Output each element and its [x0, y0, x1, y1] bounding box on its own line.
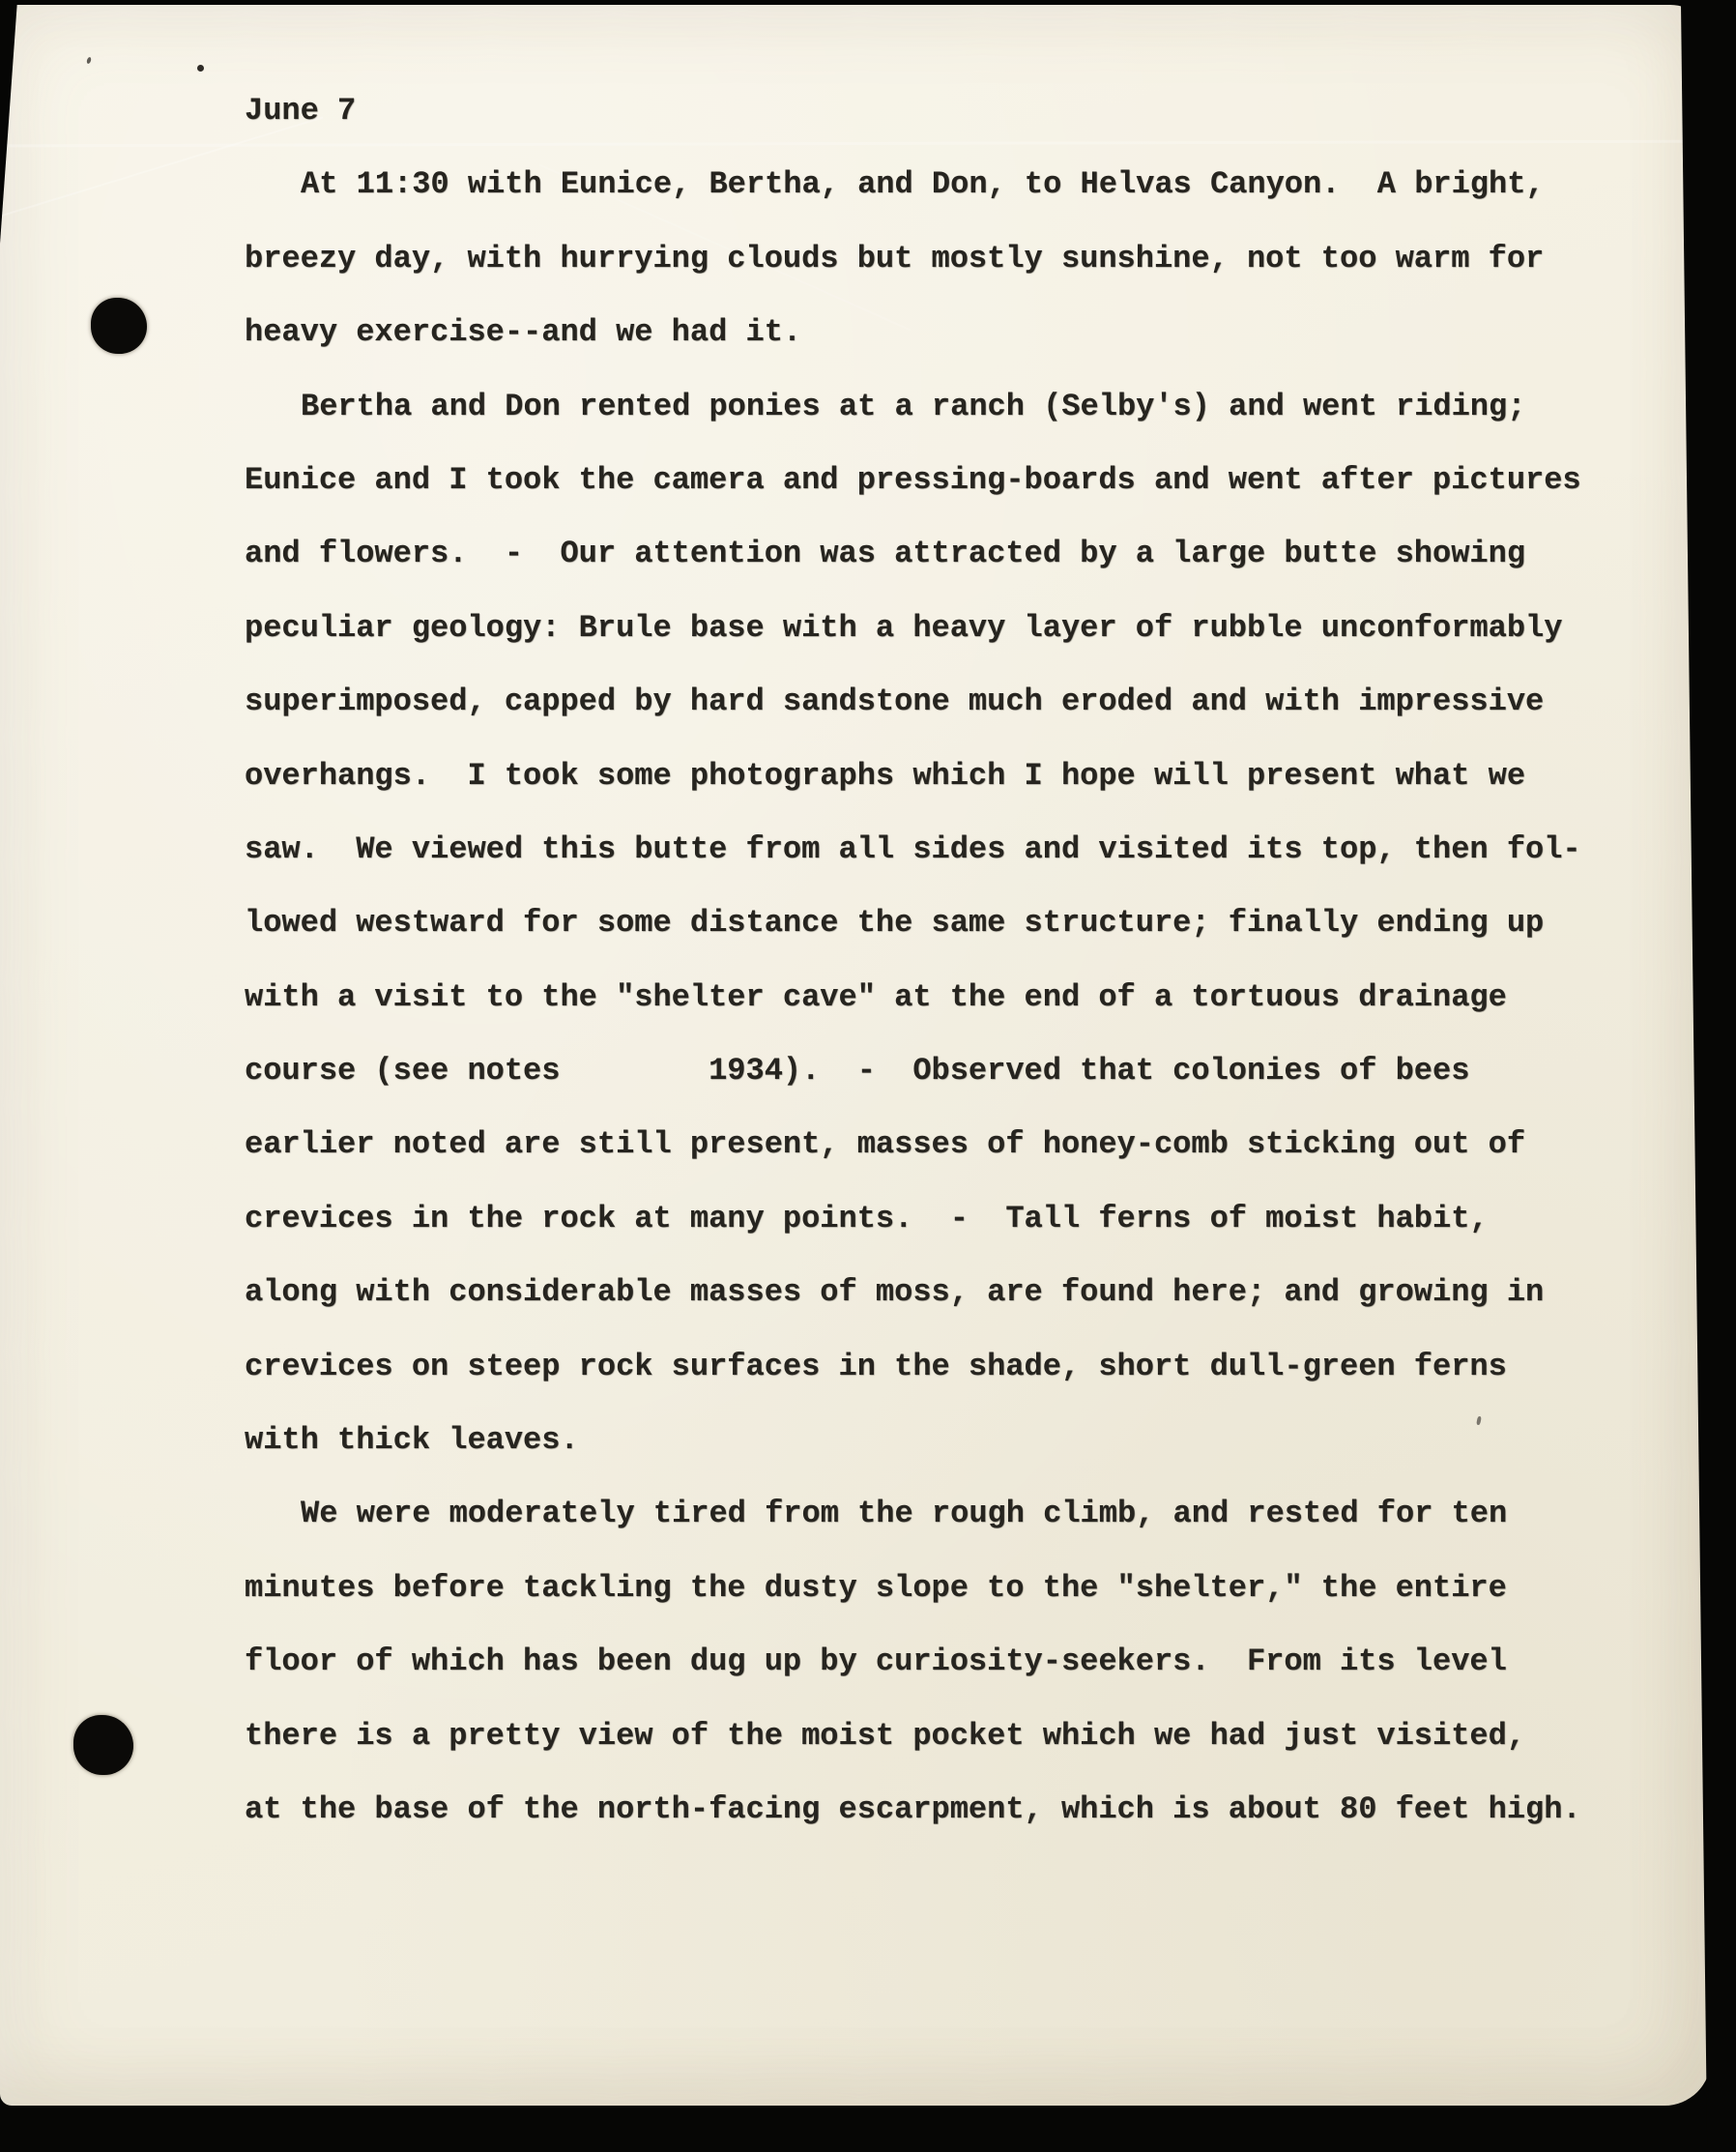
typewritten-line: minutes before tackling the dusty slope … — [245, 1552, 1646, 1625]
ink-speck — [86, 57, 92, 65]
typewritten-line: earlier noted are still present, masses … — [245, 1108, 1646, 1181]
typewritten-line: floor of which has been dug up by curios… — [245, 1625, 1646, 1699]
typewritten-line: Eunice and I took the camera and pressin… — [245, 444, 1646, 517]
typewritten-line: lowed westward for some distance the sam… — [245, 887, 1646, 960]
typewritten-line: heavy exercise--and we had it. — [245, 296, 1646, 369]
typewritten-line: crevices in the rock at many points. - T… — [245, 1182, 1646, 1256]
document-page: June 7 At 11:30 with Eunice, Bertha, and… — [0, 5, 1711, 2106]
typewritten-line: crevices on steep rock surfaces in the s… — [245, 1330, 1646, 1404]
typewritten-line: We were moderately tired from the rough … — [245, 1477, 1646, 1551]
scanned-document: June 7 At 11:30 with Eunice, Bertha, and… — [0, 0, 1736, 2152]
typewritten-line: Bertha and Don rented ponies at a ranch … — [245, 370, 1646, 444]
typewritten-line: along with considerable masses of moss, … — [245, 1256, 1646, 1329]
scan-edge — [0, 0, 1736, 5]
typewritten-line: and flowers. - Our attention was attract… — [245, 517, 1646, 591]
typewritten-line: overhangs. I took some photographs which… — [245, 740, 1646, 813]
date-heading: June 7 — [245, 74, 1646, 148]
typewritten-line: course (see notes 1934). - Observed that… — [245, 1034, 1646, 1108]
typewritten-text: June 7 At 11:30 with Eunice, Bertha, and… — [245, 74, 1646, 1847]
typewritten-line: with thick leaves. — [245, 1404, 1646, 1477]
typewritten-line: at the base of the north-facing escarpme… — [245, 1773, 1646, 1847]
journal-entry-body: At 11:30 with Eunice, Bertha, and Don, t… — [245, 148, 1646, 1847]
typewritten-line: At 11:30 with Eunice, Bertha, and Don, t… — [245, 148, 1646, 221]
typewritten-line: peculiar geology: Brule base with a heav… — [245, 592, 1646, 665]
hole-punch — [91, 298, 147, 354]
typewritten-line: with a visit to the "shelter cave" at th… — [245, 961, 1646, 1034]
ink-speck — [197, 65, 204, 72]
typewritten-line: there is a pretty view of the moist pock… — [245, 1700, 1646, 1773]
typewritten-line: saw. We viewed this butte from all sides… — [245, 813, 1646, 887]
hole-punch — [73, 1715, 133, 1775]
typewritten-line: breezy day, with hurrying clouds but mos… — [245, 222, 1646, 296]
typewritten-line: superimposed, capped by hard sandstone m… — [245, 665, 1646, 739]
